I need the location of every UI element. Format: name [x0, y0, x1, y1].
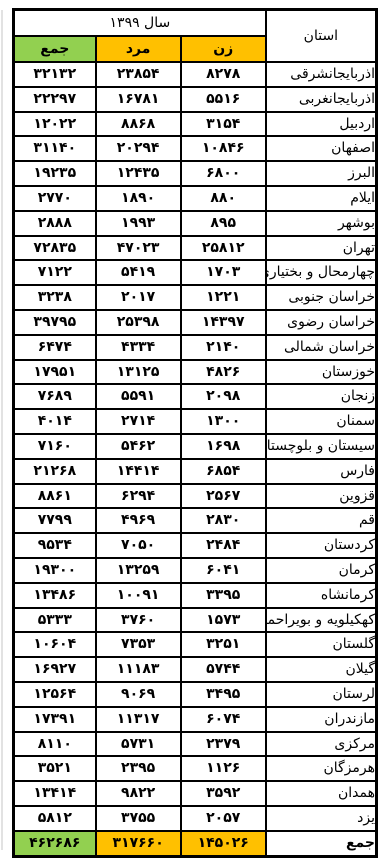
women-value-cell: ۴۸۲۶: [181, 360, 266, 385]
men-value-cell: ۱۰۰۹۱: [96, 583, 181, 608]
women-value-cell: ۱۳۰۰: [181, 409, 266, 434]
men-value-cell: ۷۰۵۰: [96, 533, 181, 558]
men-value-cell: ۳۷۵۵: [96, 806, 181, 831]
province-name-cell: کرمانشاه: [266, 583, 377, 608]
table-row: بوشهر۸۹۵۱۹۹۳۲۸۸۸: [14, 211, 377, 236]
men-value-cell: ۱۲۴۳۵: [96, 161, 181, 186]
women-value-cell: ۲۴۸۴: [181, 533, 266, 558]
table-row: اصفهان۱۰۸۴۶۲۰۲۹۴۳۱۱۴۰: [14, 136, 377, 161]
province-name-cell: کردستان: [266, 533, 377, 558]
total-value-cell: ۸۸۶۱: [14, 484, 96, 509]
women-value-cell: ۲۵۶۷: [181, 484, 266, 509]
women-value-cell: ۶۰۷۴: [181, 707, 266, 732]
women-value-cell: ۱۱۲۶: [181, 756, 266, 781]
page: استان سال ۱۳۹۹ زن مرد جمع اذربایجانشرقی۸…: [0, 0, 387, 860]
men-value-cell: ۱۶۷۸۱: [96, 87, 181, 112]
province-name-cell: البرز: [266, 161, 377, 186]
province-name-cell: خراسان رضوی: [266, 310, 377, 335]
province-name-cell: بوشهر: [266, 211, 377, 236]
total-value-cell: ۱۶۹۲۷: [14, 657, 96, 682]
men-value-cell: ۲۳۸۵۴: [96, 62, 181, 87]
province-name-cell: اذربایجانغربی: [266, 87, 377, 112]
women-value-cell: ۲۱۴۰: [181, 335, 266, 360]
total-value-cell: ۷۶۸۹: [14, 384, 96, 409]
province-name-cell: هرمزگان: [266, 756, 377, 781]
women-value-cell: ۸۸۰: [181, 186, 266, 211]
table-row: یزد۲۰۵۷۳۷۵۵۵۸۱۲: [14, 806, 377, 831]
women-value-cell: ۳۲۵۱: [181, 632, 266, 657]
table-body: اذربایجانشرقی۸۲۷۸۲۳۸۵۴۳۲۱۳۲اذربایجانغربی…: [14, 62, 377, 831]
table-row: خراسان شمالی۲۱۴۰۴۳۳۴۶۴۷۴: [14, 335, 377, 360]
men-value-cell: ۱۹۹۳: [96, 211, 181, 236]
total-value-cell: ۱۳۴۱۴: [14, 781, 96, 806]
total-value-cell: ۹۵۳۴: [14, 533, 96, 558]
province-name-cell: خوزستان: [266, 360, 377, 385]
total-value-cell: ۷۱۲۲: [14, 260, 96, 285]
total-value-cell: ۱۹۳۰۰: [14, 558, 96, 583]
men-value-cell: ۵۴۶۲: [96, 434, 181, 459]
women-value-cell: ۵۷۴۴: [181, 657, 266, 682]
table-row: کرمان۶۰۴۱۱۳۲۵۹۱۹۳۰۰: [14, 558, 377, 583]
title-row: استان سال ۱۳۹۹: [14, 10, 377, 37]
total-value-cell: ۳۲۱۳۲: [14, 62, 96, 87]
province-name-cell: خراسان شمالی: [266, 335, 377, 360]
table-row: لرستان۳۴۹۵۹۰۶۹۱۲۵۶۴: [14, 682, 377, 707]
table-row: اردبیل۳۱۵۴۸۸۶۸۱۲۰۲۲: [14, 112, 377, 137]
total-value-cell: ۱۹۲۳۵: [14, 161, 96, 186]
province-name-cell: یزد: [266, 806, 377, 831]
women-value-cell: ۱۰۸۴۶: [181, 136, 266, 161]
table-row: قزوین۲۵۶۷۶۲۹۴۸۸۶۱: [14, 484, 377, 509]
total-value-cell: ۱۷۹۵۱: [14, 360, 96, 385]
women-value-cell: ۶۸۰۰: [181, 161, 266, 186]
table-row: سمنان۱۳۰۰۲۷۱۴۴۰۱۴: [14, 409, 377, 434]
province-name-cell: گیلان: [266, 657, 377, 682]
women-value-cell: ۱۲۲۱: [181, 285, 266, 310]
total-value-cell: ۷۱۶۰: [14, 434, 96, 459]
total-value-cell: ۴۰۱۴: [14, 409, 96, 434]
table-row: خراسان رضوی۱۴۳۹۷۲۵۳۹۸۳۹۷۹۵: [14, 310, 377, 335]
table-row: اذربایجانشرقی۸۲۷۸۲۳۸۵۴۳۲۱۳۲: [14, 62, 377, 87]
men-value-cell: ۱۳۱۲۵: [96, 360, 181, 385]
table-row: زنجان۲۰۹۸۵۵۹۱۷۶۸۹: [14, 384, 377, 409]
footer-label: جمع: [266, 831, 377, 856]
province-name-cell: اذربایجانشرقی: [266, 62, 377, 87]
table-row: خوزستان۴۸۲۶۱۳۱۲۵۱۷۹۵۱: [14, 360, 377, 385]
women-value-cell: ۲۳۷۹: [181, 732, 266, 757]
women-value-cell: ۲۵۸۱۲: [181, 236, 266, 261]
table-row: کهکیلویه و بویراحمد۱۵۷۳۳۷۶۰۵۳۳۳: [14, 608, 377, 633]
table-row: تهران۲۵۸۱۲۴۷۰۲۳۷۲۸۳۵: [14, 236, 377, 261]
province-name-cell: گلستان: [266, 632, 377, 657]
total-value-cell: ۳۱۱۴۰: [14, 136, 96, 161]
table-footer: جمع ۱۴۵۰۲۶ ۳۱۷۶۶۰ ۴۶۲۶۸۶: [14, 831, 377, 856]
footer-men-total: ۳۱۷۶۶۰: [96, 831, 181, 856]
men-value-cell: ۴۷۰۲۳: [96, 236, 181, 261]
province-name-cell: همدان: [266, 781, 377, 806]
province-name-cell: لرستان: [266, 682, 377, 707]
table-row: قم۲۸۳۰۴۹۶۹۷۷۹۹: [14, 508, 377, 533]
province-name-cell: چهارمحال و بختیاری: [266, 260, 377, 285]
province-name-cell: فارس: [266, 459, 377, 484]
women-value-cell: ۱۶۹۸: [181, 434, 266, 459]
province-name-cell: ایلام: [266, 186, 377, 211]
total-value-cell: ۷۲۸۳۵: [14, 236, 96, 261]
table-row: کردستان۲۴۸۴۷۰۵۰۹۵۳۴: [14, 533, 377, 558]
table-row: اذربایجانغربی۵۵۱۶۱۶۷۸۱۲۲۲۹۷: [14, 87, 377, 112]
province-name-cell: خراسان جنوبی: [266, 285, 377, 310]
table-row: مرکزی۲۳۷۹۵۷۳۱۸۱۱۰: [14, 732, 377, 757]
women-value-cell: ۳۵۹۲: [181, 781, 266, 806]
province-name-cell: اصفهان: [266, 136, 377, 161]
men-value-cell: ۵۷۳۱: [96, 732, 181, 757]
province-name-cell: سیستان و بلوچستان: [266, 434, 377, 459]
total-value-cell: ۱۲۵۶۴: [14, 682, 96, 707]
province-name-cell: سمنان: [266, 409, 377, 434]
table-row: چهارمحال و بختیاری۱۷۰۳۵۴۱۹۷۱۲۲: [14, 260, 377, 285]
province-name-cell: مازندران: [266, 707, 377, 732]
men-value-cell: ۷۳۵۳: [96, 632, 181, 657]
men-value-cell: ۹۸۲۲: [96, 781, 181, 806]
men-value-cell: ۲۷۱۴: [96, 409, 181, 434]
province-name-cell: کرمان: [266, 558, 377, 583]
men-value-cell: ۲۵۳۹۸: [96, 310, 181, 335]
men-value-cell: ۵۵۹۱: [96, 384, 181, 409]
province-statistics-table: استان سال ۱۳۹۹ زن مرد جمع اذربایجانشرقی۸…: [12, 8, 378, 858]
women-value-cell: ۶۰۴۱: [181, 558, 266, 583]
table-row: کرمانشاه۳۳۹۵۱۰۰۹۱۱۳۴۸۶: [14, 583, 377, 608]
total-value-cell: ۲۱۲۶۸: [14, 459, 96, 484]
footer-women-total: ۱۴۵۰۲۶: [181, 831, 266, 856]
women-value-cell: ۳۴۹۵: [181, 682, 266, 707]
table-row: همدان۳۵۹۲۹۸۲۲۱۳۴۱۴: [14, 781, 377, 806]
total-value-cell: ۸۱۱۰: [14, 732, 96, 757]
table-row: ایلام۸۸۰۱۸۹۰۲۷۷۰: [14, 186, 377, 211]
province-name-cell: زنجان: [266, 384, 377, 409]
men-value-cell: ۲۰۲۹۴: [96, 136, 181, 161]
table-header: استان سال ۱۳۹۹ زن مرد جمع: [14, 10, 377, 63]
province-name-cell: کهکیلویه و بویراحمد: [266, 608, 377, 633]
men-value-cell: ۳۷۶۰: [96, 608, 181, 633]
province-name-cell: قزوین: [266, 484, 377, 509]
total-value-cell: ۵۳۳۳: [14, 608, 96, 633]
men-value-cell: ۱۴۴۱۴: [96, 459, 181, 484]
women-value-cell: ۸۲۷۸: [181, 62, 266, 87]
table-row: گلستان۳۲۵۱۷۳۵۳۱۰۶۰۴: [14, 632, 377, 657]
men-value-cell: ۹۰۶۹: [96, 682, 181, 707]
women-value-cell: ۳۱۵۴: [181, 112, 266, 137]
province-name-cell: اردبیل: [266, 112, 377, 137]
women-value-cell: ۲۸۳۰: [181, 508, 266, 533]
women-value-cell: ۶۸۵۴: [181, 459, 266, 484]
women-value-cell: ۲۰۹۸: [181, 384, 266, 409]
total-value-cell: ۱۳۴۸۶: [14, 583, 96, 608]
men-value-cell: ۱۱۳۱۷: [96, 707, 181, 732]
table-row: فارس۶۸۵۴۱۴۴۱۴۲۱۲۶۸: [14, 459, 377, 484]
women-value-cell: ۸۹۵: [181, 211, 266, 236]
column-header-province: استان: [266, 10, 377, 63]
men-value-cell: ۶۲۹۴: [96, 484, 181, 509]
total-value-cell: ۱۰۶۰۴: [14, 632, 96, 657]
total-value-cell: ۳۲۳۸: [14, 285, 96, 310]
province-name-cell: مرکزی: [266, 732, 377, 757]
men-value-cell: ۱۳۲۵۹: [96, 558, 181, 583]
scan-edge-artifact: [1, 10, 3, 850]
women-value-cell: ۱۵۷۳: [181, 608, 266, 633]
table-row: البرز۶۸۰۰۱۲۴۳۵۱۹۲۳۵: [14, 161, 377, 186]
table-row: هرمزگان۱۱۲۶۲۳۹۵۳۵۲۱: [14, 756, 377, 781]
men-value-cell: ۵۴۱۹: [96, 260, 181, 285]
column-header-total: جمع: [14, 36, 96, 62]
table-row: گیلان۵۷۴۴۱۱۱۸۳۱۶۹۲۷: [14, 657, 377, 682]
province-name-cell: قم: [266, 508, 377, 533]
men-value-cell: ۴۹۶۹: [96, 508, 181, 533]
women-value-cell: ۵۵۱۶: [181, 87, 266, 112]
total-value-cell: ۱۲۰۲۲: [14, 112, 96, 137]
total-value-cell: ۲۷۷۰: [14, 186, 96, 211]
total-value-cell: ۳۵۲۱: [14, 756, 96, 781]
total-value-cell: ۵۸۱۲: [14, 806, 96, 831]
men-value-cell: ۱۸۹۰: [96, 186, 181, 211]
women-value-cell: ۱۷۰۳: [181, 260, 266, 285]
total-value-cell: ۲۲۲۹۷: [14, 87, 96, 112]
men-value-cell: ۲۳۹۵: [96, 756, 181, 781]
table-title: سال ۱۳۹۹: [14, 10, 266, 37]
total-value-cell: ۳۹۷۹۵: [14, 310, 96, 335]
column-header-men: مرد: [96, 36, 181, 62]
footer-grand-total: ۴۶۲۶۸۶: [14, 831, 96, 856]
total-value-cell: ۱۷۳۹۱: [14, 707, 96, 732]
column-header-women: زن: [181, 36, 266, 62]
men-value-cell: ۸۸۶۸: [96, 112, 181, 137]
total-value-cell: ۲۸۸۸: [14, 211, 96, 236]
table-row: خراسان جنوبی۱۲۲۱۲۰۱۷۳۲۳۸: [14, 285, 377, 310]
province-name-cell: تهران: [266, 236, 377, 261]
women-value-cell: ۱۴۳۹۷: [181, 310, 266, 335]
women-value-cell: ۲۰۵۷: [181, 806, 266, 831]
footer-total-row: جمع ۱۴۵۰۲۶ ۳۱۷۶۶۰ ۴۶۲۶۸۶: [14, 831, 377, 856]
men-value-cell: ۱۱۱۸۳: [96, 657, 181, 682]
total-value-cell: ۷۷۹۹: [14, 508, 96, 533]
men-value-cell: ۴۳۳۴: [96, 335, 181, 360]
total-value-cell: ۶۴۷۴: [14, 335, 96, 360]
men-value-cell: ۲۰۱۷: [96, 285, 181, 310]
table-row: سیستان و بلوچستان۱۶۹۸۵۴۶۲۷۱۶۰: [14, 434, 377, 459]
table-row: مازندران۶۰۷۴۱۱۳۱۷۱۷۳۹۱: [14, 707, 377, 732]
women-value-cell: ۳۳۹۵: [181, 583, 266, 608]
